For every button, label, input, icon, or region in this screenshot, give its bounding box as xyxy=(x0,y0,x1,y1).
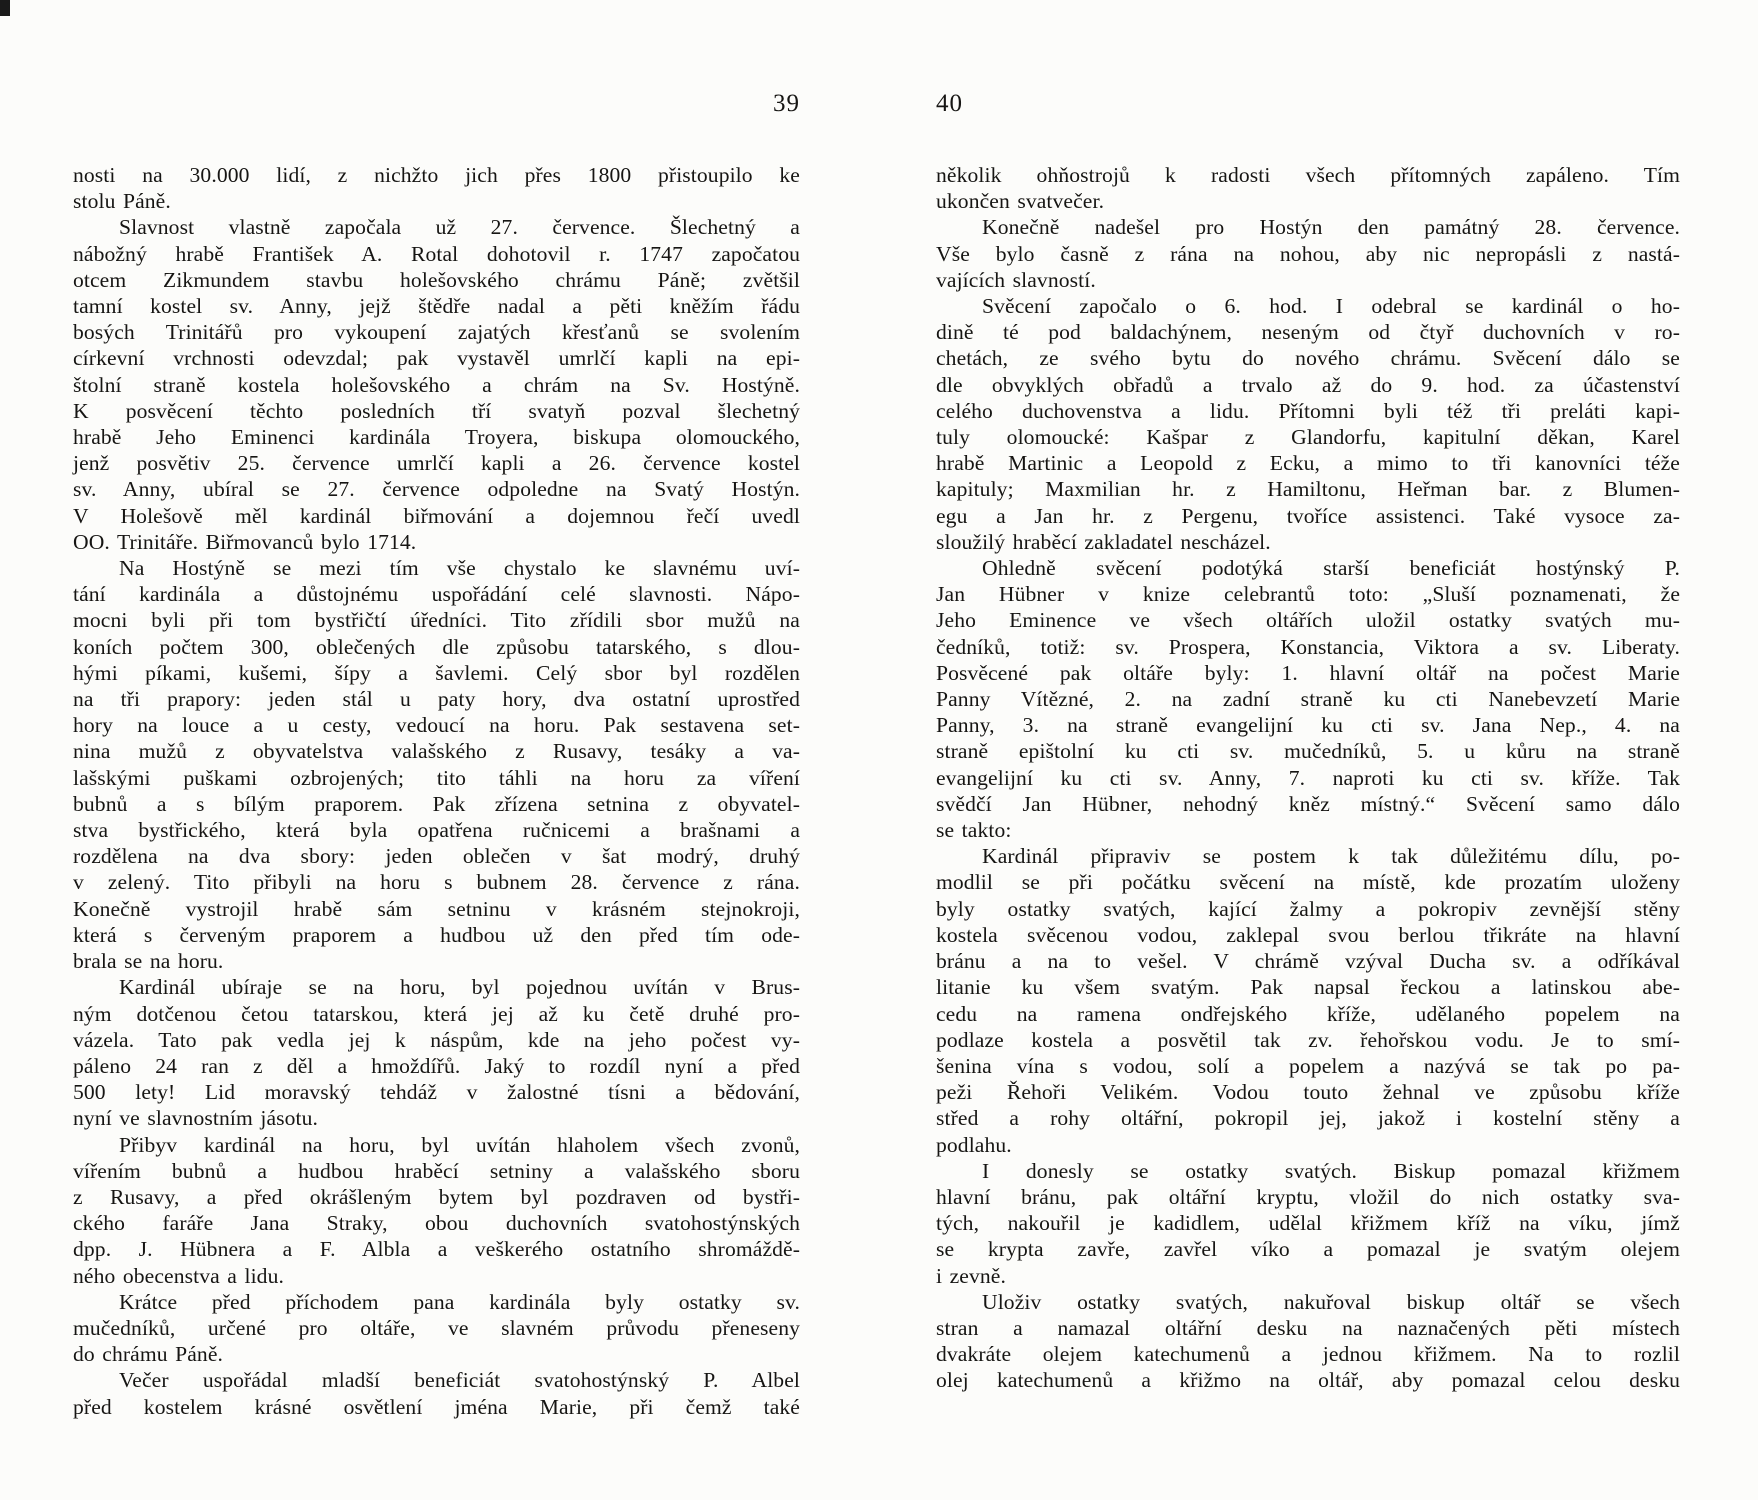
text-line: stolu Páně. xyxy=(73,188,800,214)
text-line: z Rusavy, a před okrášleným bytem byl po… xyxy=(73,1184,800,1210)
text-line: straně epištolní ku cti sv. mučedníků, 5… xyxy=(936,738,1680,764)
text-line: se takto: xyxy=(936,817,1680,843)
text-line: několik ohňostrojů k radosti všech příto… xyxy=(936,162,1680,188)
text-line: nosti na 30.000 lidí, z nichžto jich pře… xyxy=(73,162,800,188)
text-line: kostela svěcenou vodou, zaklepal svou be… xyxy=(936,922,1680,948)
text-line: hrabě Jeho Eminenci kardinála Troyera, b… xyxy=(73,424,800,450)
scan-speck-artifact xyxy=(0,0,10,16)
text-line: Kardinál ubíraje se na horu, byl pojedno… xyxy=(73,974,800,1000)
text-line: podlahu. xyxy=(936,1132,1680,1158)
text-line: brala se na horu. xyxy=(73,948,800,974)
text-line: Svěcení započalo o 6. hod. I odebral se … xyxy=(936,293,1680,319)
text-line: tamní kostel sv. Anny, jejž štědře nadal… xyxy=(73,293,800,319)
text-line: byly ostatky svatých, kající žalmy a pok… xyxy=(936,896,1680,922)
text-line: bránu a na to vešel. V chrámě vzýval Duc… xyxy=(936,948,1680,974)
scanned-book-spread: { "document": { "background": "#fcfcfa",… xyxy=(0,0,1758,1500)
text-line: ného obecenstva a lidu. xyxy=(73,1263,800,1289)
text-line: lašskými puškami ozbrojených; tito táhli… xyxy=(73,765,800,791)
text-line: se krypta zavře, zavřel víko a pomazal j… xyxy=(936,1236,1680,1262)
text-line: stran a namazal oltářní desku na naznače… xyxy=(936,1315,1680,1341)
text-line: na tři prapory: jeden stál u paty hory, … xyxy=(73,686,800,712)
text-line: hory na louce a u cesty, vedoucí na horu… xyxy=(73,712,800,738)
text-line: vajících slavností. xyxy=(936,267,1680,293)
text-line: ckého faráře Jana Straky, obou duchovníc… xyxy=(73,1210,800,1236)
text-line: dle obvyklých obřadů a trvalo až do 9. h… xyxy=(936,372,1680,398)
text-line: Kardinál připraviv se postem k tak důlež… xyxy=(936,843,1680,869)
text-line: dpp. J. Hübnera a F. Albla a veškerého o… xyxy=(73,1236,800,1262)
text-line: Konečně nadešel pro Hostýn den památný 2… xyxy=(936,214,1680,240)
text-line: I donesly se ostatky svatých. Biskup pom… xyxy=(936,1158,1680,1184)
page-number: 39 xyxy=(73,90,800,118)
text-line: Večer uspořádal mladší beneficiát svatoh… xyxy=(73,1367,800,1393)
text-line: tání kardinála a důstojnému uspořádání c… xyxy=(73,581,800,607)
text-line: která s červeným praporem a hudbou už de… xyxy=(73,922,800,948)
text-line: Konečně vystrojil hrabě sám setninu v kr… xyxy=(73,896,800,922)
text-line: štolní straně kostela holešovského a chr… xyxy=(73,372,800,398)
text-line: Uloživ ostatky svatých, nakuřoval biskup… xyxy=(936,1289,1680,1315)
text-line: i zevně. xyxy=(936,1263,1680,1289)
text-line: církevní vrchnosti odevzdal; pak vystavě… xyxy=(73,345,800,371)
page-body: nosti na 30.000 lidí, z nichžto jich pře… xyxy=(73,162,800,1420)
text-line: 500 lety! Lid moravský tehdáž v žalostné… xyxy=(73,1079,800,1105)
text-line: Ohledně svěcení podotýká starší benefici… xyxy=(936,555,1680,581)
text-line: stva bystřického, která byla opatřena ru… xyxy=(73,817,800,843)
text-line: kapituly; Maxmilian hr. z Hamiltonu, Heř… xyxy=(936,476,1680,502)
page-number: 40 xyxy=(936,90,1680,118)
text-line: nyní ve slavnostním jásotu. xyxy=(73,1105,800,1131)
text-line: mocni byli při tom bystřičtí úředníci. T… xyxy=(73,607,800,633)
text-line: šenina vína s vodou, solí a popelem a na… xyxy=(936,1053,1680,1079)
text-line: Slavnost vlastně započala už 27. červenc… xyxy=(73,214,800,240)
text-line: celého duchovenstva a lidu. Přítomni byl… xyxy=(936,398,1680,424)
text-line: hlavní bránu, pak oltářní kryptu, vložil… xyxy=(936,1184,1680,1210)
text-line: dvakráte olejem katechumenů a jednou kři… xyxy=(936,1341,1680,1367)
text-line: vířením bubnů a hudbou hraběcí setniny a… xyxy=(73,1158,800,1184)
text-line: Jan Hübner v knize celebrantů toto: „Slu… xyxy=(936,581,1680,607)
text-line: K posvěcení těchto posledních tří svatyň… xyxy=(73,398,800,424)
text-line: Na Hostýně se mezi tím vše chystalo ke s… xyxy=(73,555,800,581)
text-line: Posvěcené pak oltáře byly: 1. hlavní olt… xyxy=(936,660,1680,686)
text-line: cedu na ramena ondřejského kříže, udělan… xyxy=(936,1001,1680,1027)
text-line: Přibyv kardinál na horu, byl uvítán hlah… xyxy=(73,1132,800,1158)
text-line: jenž posvětiv 25. července umrlčí kapli … xyxy=(73,450,800,476)
text-line: hými píkami, kušemi, šípy a šavlemi. Cel… xyxy=(73,660,800,686)
text-line: ným dotčenou četou tatarskou, která jej … xyxy=(73,1001,800,1027)
text-line: vázela. Tato pak vedla jej k náspům, kde… xyxy=(73,1027,800,1053)
text-line: OO. Trinitáře. Biřmovanců bylo 1714. xyxy=(73,529,800,555)
text-line: nina mužů z obyvatelstva valašského z Ru… xyxy=(73,738,800,764)
text-line: tuly olomoucké: Kašpar z Glandorfu, kapi… xyxy=(936,424,1680,450)
text-line: Jeho Eminence ve všech oltářích uložil o… xyxy=(936,607,1680,633)
text-line: před kostelem krásné osvětlení jména Mar… xyxy=(73,1394,800,1420)
text-line: Panny Vítězné, 2. na zadní straně ku cti… xyxy=(936,686,1680,712)
text-line: V Holešově měl kardinál biřmování a doje… xyxy=(73,503,800,529)
text-line: dině té pod baldachýnem, neseným od čtyř… xyxy=(936,319,1680,345)
text-line: páleno 24 ran z děl a hmoždířů. Jaký to … xyxy=(73,1053,800,1079)
text-line: otcem Zikmundem stavbu holešovského chrá… xyxy=(73,267,800,293)
text-line: sloužilý hraběcí zakladatel nescházel. xyxy=(936,529,1680,555)
text-line: tých, nakouřil je kadidlem, udělal křižm… xyxy=(936,1210,1680,1236)
text-line: modlil se při počátku svěcení na místě, … xyxy=(936,869,1680,895)
text-line: Vše bylo časně z rána na nohou, aby nic … xyxy=(936,241,1680,267)
text-line: nábožný hrabě František A. Rotal dohotov… xyxy=(73,241,800,267)
text-line: chetách, ze svého bytu do nového chrámu.… xyxy=(936,345,1680,371)
text-line: v zelený. Tito přibyli na horu s bubnem … xyxy=(73,869,800,895)
page-body: několik ohňostrojů k radosti všech příto… xyxy=(936,162,1680,1394)
text-line: čedníků, totiž: sv. Prospera, Konstancia… xyxy=(936,634,1680,660)
text-line: sv. Anny, ubíral se 27. července odpoled… xyxy=(73,476,800,502)
text-line: střed a rohy oltářní, pokropil jej, jako… xyxy=(936,1105,1680,1131)
text-line: bosých Trinitářů pro vykoupení zajatých … xyxy=(73,319,800,345)
text-line: podlaze kostela a posvětil tak zv. řehoř… xyxy=(936,1027,1680,1053)
text-line: svědčí Jan Hübner, nehodný kněz místný.“… xyxy=(936,791,1680,817)
text-line: litanie ku všem svatým. Pak napsal řecko… xyxy=(936,974,1680,1000)
text-line: do chrámu Páně. xyxy=(73,1341,800,1367)
text-line: evangelijní ku cti sv. Anny, 7. naproti … xyxy=(936,765,1680,791)
text-line: hrabě Martinic a Leopold z Ecku, a mimo … xyxy=(936,450,1680,476)
text-line: Panny, 3. na straně evangelijní ku cti s… xyxy=(936,712,1680,738)
text-line: koních počtem 300, oblečených dle způsob… xyxy=(73,634,800,660)
text-line: peži Řehoři Velikém. Vodou touto žehnal … xyxy=(936,1079,1680,1105)
text-line: mučedníků, určené pro oltáře, ve slavném… xyxy=(73,1315,800,1341)
text-line: ukončen svatvečer. xyxy=(936,188,1680,214)
text-line: bubnů a s bílým praporem. Pak zřízena se… xyxy=(73,791,800,817)
text-line: Krátce před příchodem pana kardinála byl… xyxy=(73,1289,800,1315)
text-line: rozdělena na dva sbory: jeden oblečen v … xyxy=(73,843,800,869)
text-line: olej katechumenů a křižmo na oltář, aby … xyxy=(936,1367,1680,1393)
text-line: egu a Jan hr. z Pergenu, tvoříce assiste… xyxy=(936,503,1680,529)
